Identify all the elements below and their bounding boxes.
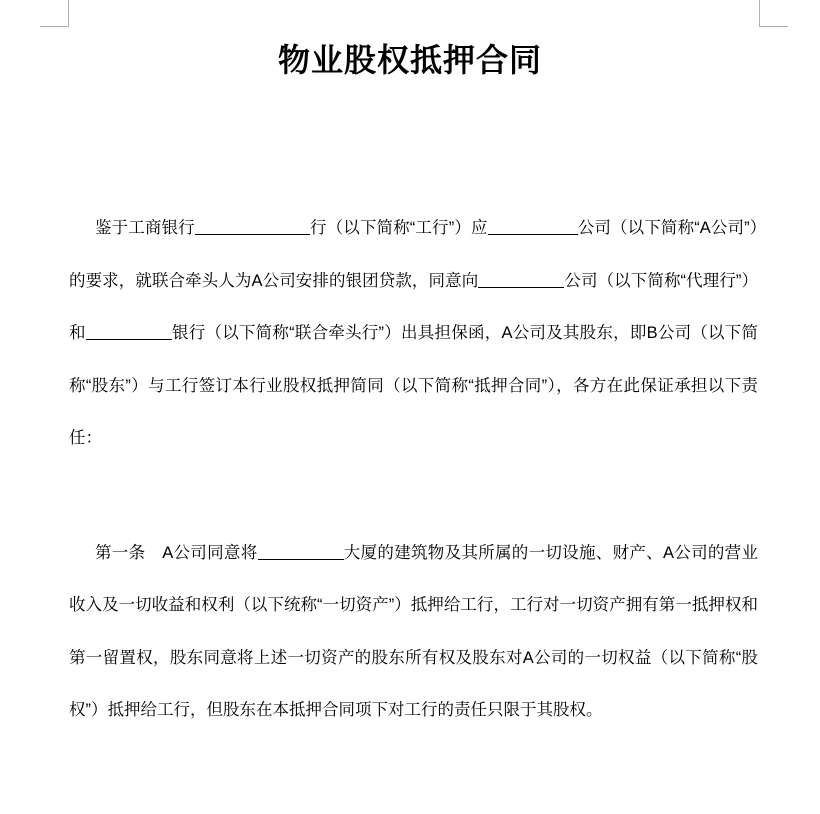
text-run: 第一条 A公司同意将 <box>95 544 258 562</box>
document-title: 物业股权抵押合同 <box>0 0 820 80</box>
document-body: 鉴于工商银行行（以下简称“工行”）应公司（以下简称“A公司”）的要求，就联合牵头… <box>69 80 758 737</box>
paragraph-article-1: 第一条 A公司同意将大厦的建筑物及其所属的一切设施、财产、A公司的营业收入及一切… <box>69 527 758 737</box>
text-run: 行（以下简称“工行”）应 <box>310 219 488 237</box>
page-margin-mark-topright-horizontal <box>759 26 788 27</box>
text-run: 大厦的建筑物及其所属的一切设施、财产、A公司的营业收入及一切收益和权利（以下统称… <box>69 544 758 720</box>
page-margin-mark-topleft-vertical <box>68 0 69 26</box>
fill-in-blank <box>86 338 172 340</box>
fill-in-blank <box>195 233 310 235</box>
fill-in-blank <box>488 233 578 235</box>
paragraph-preamble: 鉴于工商银行行（以下简称“工行”）应公司（以下简称“A公司”）的要求，就联合牵头… <box>69 202 758 465</box>
document-page: 物业股权抵押合同 鉴于工商银行行（以下简称“工行”）应公司（以下简称“A公司”）… <box>0 0 820 814</box>
text-run: 鉴于工商银行 <box>95 219 195 237</box>
text-run: 银行（以下简称“联合牵头行”）出具担保函，A公司及其股东，即B公司（以下简称“股… <box>69 324 758 447</box>
page-margin-mark-topright-vertical <box>759 0 760 26</box>
fill-in-blank <box>258 558 344 560</box>
fill-in-blank <box>478 286 564 288</box>
page-margin-mark-topleft-horizontal <box>40 26 69 27</box>
